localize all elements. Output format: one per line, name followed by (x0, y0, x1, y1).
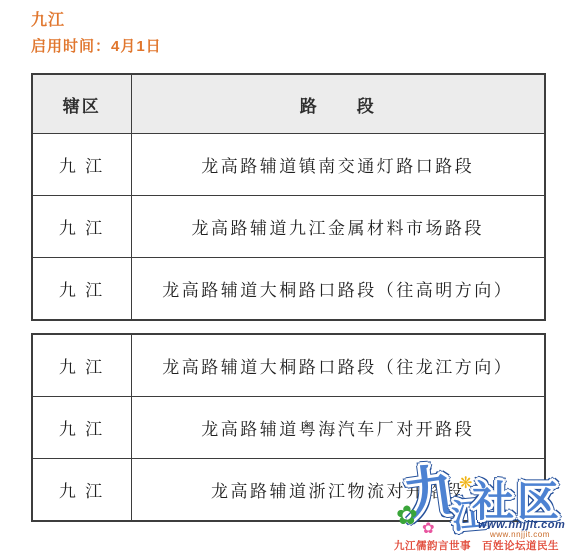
announcement-page: 九江 启用时间：4月1日 辖区 路 段 九 江 龙高路辅道镇南交通灯路口路段 九… (0, 0, 576, 554)
road-section-cell: 龙高路辅道九江金属材料市场路段 (131, 196, 545, 258)
district-cell: 九 江 (32, 258, 131, 321)
table-row: 九 江 龙高路辅道粤海汽车厂对开路段 (32, 397, 545, 459)
logo-url-small: www.nnjjit.com (490, 530, 550, 539)
table-row: 九 江 龙高路辅道浙江物流对开路段 (32, 459, 545, 522)
table-header-row: 辖区 路 段 (32, 74, 545, 134)
column-header-district: 辖区 (32, 74, 131, 134)
road-section-cell: 龙高路辅道浙江物流对开路段 (131, 459, 545, 522)
district-cell: 九 江 (32, 334, 131, 397)
table-row: 九 江 龙高路辅道大桐路口路段（往高明方向） (32, 258, 545, 321)
table-row: 九 江 龙高路辅道镇南交通灯路口路段 (32, 134, 545, 196)
road-section-cell: 龙高路辅道粤海汽车厂对开路段 (131, 397, 545, 459)
district-cell: 九 江 (32, 459, 131, 522)
district-cell: 九 江 (32, 134, 131, 196)
road-section-cell: 龙高路辅道大桐路口路段（往高明方向） (131, 258, 545, 321)
district-cell: 九 江 (32, 397, 131, 459)
column-header-road-section: 路 段 (131, 74, 545, 134)
district-cell: 九 江 (32, 196, 131, 258)
activation-date-label: 启用时间：4月1日 (31, 35, 162, 56)
road-section-cell: 龙高路辅道镇南交通灯路口路段 (131, 134, 545, 196)
logo-tagline: 九江儒韵言世事 百姓论坛道民生 (394, 538, 559, 553)
road-section-cell: 龙高路辅道大桐路口路段（往龙江方向） (131, 334, 545, 397)
page-title: 九江 (31, 7, 65, 30)
road-sections-table-2: 九 江 龙高路辅道大桐路口路段（往龙江方向） 九 江 龙高路辅道粤海汽车厂对开路… (31, 333, 546, 522)
table-row: 九 江 龙高路辅道九江金属材料市场路段 (32, 196, 545, 258)
road-sections-table-1: 辖区 路 段 九 江 龙高路辅道镇南交通灯路口路段 九 江 龙高路辅道九江金属材… (31, 73, 546, 321)
table-row: 九 江 龙高路辅道大桐路口路段（往龙江方向） (32, 334, 545, 397)
